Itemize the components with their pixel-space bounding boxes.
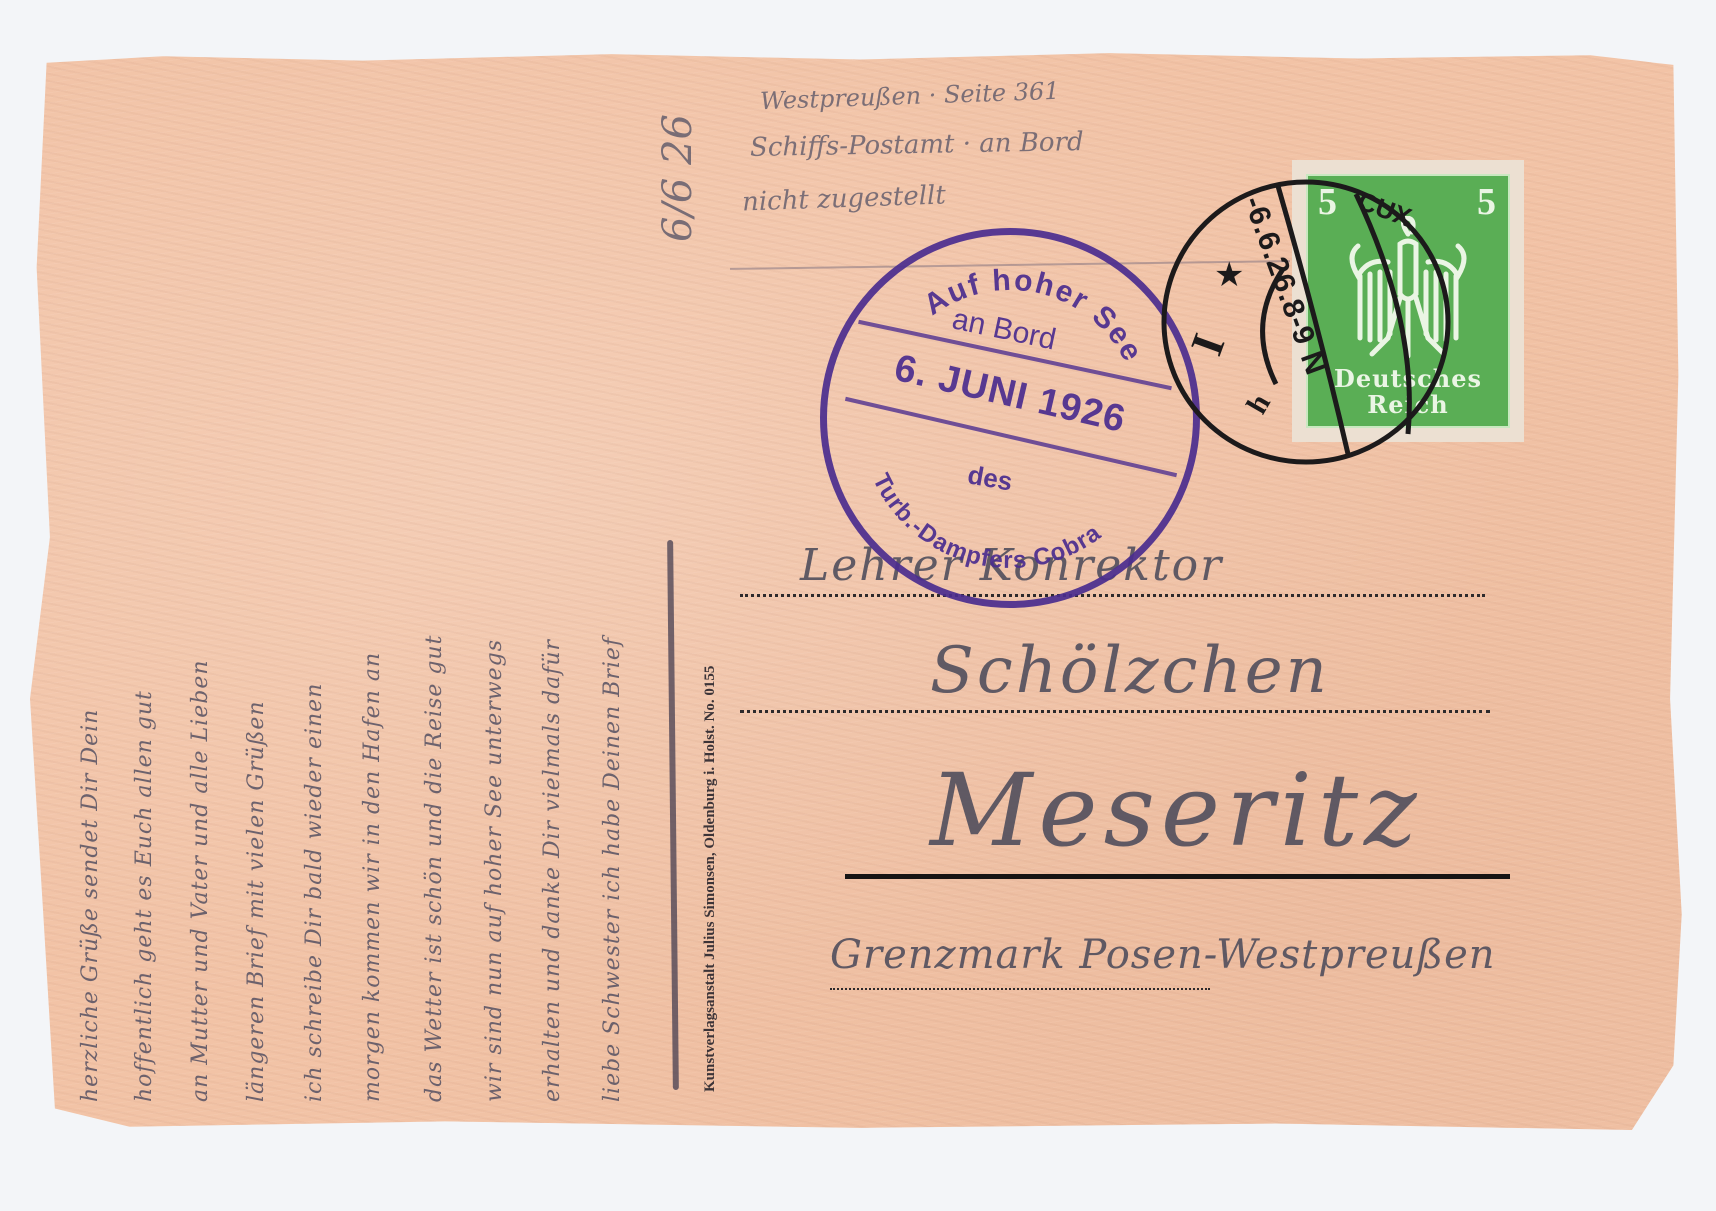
- postmark-place: CUX: [1354, 186, 1416, 233]
- message-line: morgen kommen wir in den Hafen an: [360, 82, 390, 1102]
- message-line: wir sind nun auf hoher See unterwegs: [482, 82, 512, 1102]
- address-city: Meseritz: [930, 752, 1423, 869]
- postmark-marker-h: h: [1240, 388, 1277, 419]
- address-region: Grenzmark Posen-Westpreußen: [830, 932, 1496, 978]
- address-line-3: [845, 874, 1510, 879]
- message-line: liebe Schwester ich habe Deinen Brief: [600, 82, 630, 1102]
- message-line: längeren Brief mit vielen Grüßen: [244, 82, 274, 1102]
- postmark-marker-i: I: [1181, 327, 1235, 361]
- publisher-imprint: Kunstverlagsanstalt Julius Simonsen, Old…: [702, 222, 732, 1092]
- pencil-date: 6/6 26: [655, 82, 705, 242]
- message-line: das Wetter ist schön und die Reise gut: [422, 82, 452, 1102]
- message-line: erhalten und danke Dir vielmals dafür: [540, 82, 570, 1102]
- message-line: ich schreibe Dir bald wieder einen: [302, 82, 332, 1102]
- message-line: hoffentlich geht es Euch allen gut: [132, 82, 162, 1102]
- address-name: Schölzchen: [930, 634, 1330, 708]
- message-line: an Mutter und Vater und alle Lieben: [188, 82, 218, 1102]
- handwritten-message: herzliche Grüße sendet Dir Dein hoffentl…: [70, 72, 680, 1112]
- stamp-value-right: 5: [1477, 180, 1496, 224]
- address-line-2: [740, 710, 1490, 713]
- message-line: herzliche Grüße sendet Dir Dein: [78, 82, 108, 1102]
- postcard: herzliche Grüße sendet Dir Dein hoffentl…: [30, 52, 1690, 1130]
- ship-cancel-stamp: Auf hoher See Turb.-Dampfers Cobra an Bo…: [820, 228, 1200, 608]
- pencil-note: Schiffs-Postamt · an Bord: [750, 127, 1084, 163]
- address-line-4: [830, 988, 1210, 990]
